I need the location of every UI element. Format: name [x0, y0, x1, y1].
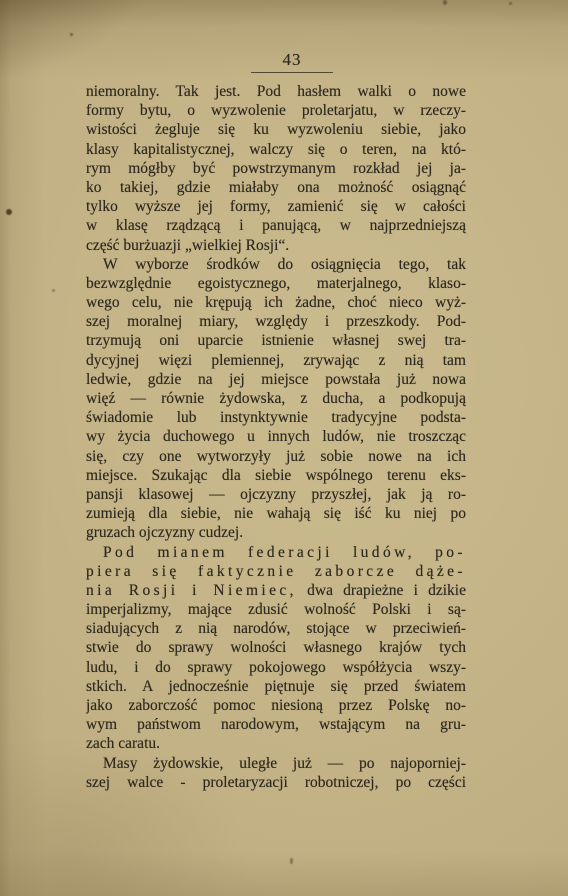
text-segment: dwa drapieżne i dzikie — [297, 582, 466, 599]
text-segment: szej walce - proletaryzacji robotniczej,… — [86, 774, 466, 791]
page-number: 43 — [247, 50, 337, 70]
text-segment: wy życia duchowego u innych ludów, nie t… — [86, 428, 466, 445]
text-line: tylko wyższe jej formy, zamienić się w c… — [86, 197, 466, 216]
text-line: się, czy one wytworzyły już sobie nowe n… — [86, 447, 466, 466]
text-segment: wego celu, nie krępują ich żadne, choć n… — [86, 294, 466, 311]
emphasized-spaced-text: Pod mianem federacji ludów, po- — [103, 544, 466, 561]
text-segment: miejsce. Szukając dla siebie wspólnego t… — [86, 467, 466, 484]
text-segment: więź — równie żydowska, z ducha, a podko… — [86, 390, 466, 407]
paragraph: Pod mianem federacji ludów, po-piera się… — [86, 543, 466, 754]
text-line: szej moralnej miary, względy i przeszkod… — [86, 312, 466, 331]
text-line: wistości żegluje się ku wyzwoleniu siebi… — [86, 120, 466, 139]
text-segment: klasy kapitalistycznej, walczy się o ter… — [86, 141, 466, 158]
text-segment: zumieją dla siebie, nie wahają się iść k… — [86, 505, 466, 522]
page-header: 43 — [247, 50, 337, 70]
text-line: formy bytu, o wyzwolenie proletarjatu, w… — [86, 101, 466, 120]
text-segment: gruzach ojczyzny cudzej. — [86, 524, 243, 541]
text-segment: dycyjnej więzi plemiennej, zrywając z ni… — [86, 352, 466, 369]
text-segment: się, czy one wytworzyły już sobie nowe n… — [86, 448, 466, 465]
text-segment: Masy żydowskie, uległe już — po najoporn… — [103, 755, 466, 772]
text-segment: ledwie, gdzie na jej miejsce powstała ju… — [86, 371, 466, 388]
text-line: piera się faktycznie zaborcze dąże- — [86, 562, 466, 581]
text-line: wy życia duchowego u innych ludów, nie t… — [86, 427, 466, 446]
text-line: jako zaborczość pomoc niesioną przez Pol… — [86, 696, 466, 715]
paper-speck — [509, 2, 512, 5]
paragraph: Masy żydowskie, uległe już — po najoporn… — [86, 754, 466, 792]
text-segment: część burżuazji „wielkiej Rosji“. — [86, 237, 289, 254]
paper-speck — [70, 33, 73, 36]
text-block: niemoralny. Tak jest. Pod hasłem walki o… — [86, 82, 466, 792]
paper-speck — [6, 209, 12, 215]
text-line: zumieją dla siebie, nie wahają się iść k… — [86, 504, 466, 523]
text-line: rym mógłby być powstrzymanym rozkład jej… — [86, 159, 466, 178]
text-segment: wistości żegluje się ku wyzwoleniu siebi… — [86, 121, 466, 138]
text-line: gruzach ojczyzny cudzej. — [86, 523, 466, 542]
text-segment: ko takiej, gdzie miałaby ona możność osi… — [86, 179, 466, 196]
text-line: Pod mianem federacji ludów, po- — [86, 543, 466, 562]
text-segment: W wyborze środków do osiągnięcia tego, t… — [103, 256, 466, 273]
text-line: niemoralny. Tak jest. Pod hasłem walki o… — [86, 82, 466, 101]
text-line: pansji klasowej — ojczyzny przyszłej, ja… — [86, 485, 466, 504]
text-line: ko takiej, gdzie miałaby ona możność osi… — [86, 178, 466, 197]
text-segment: niemoralny. Tak jest. Pod hasłem walki o… — [86, 83, 466, 100]
text-segment: stkich. A jednocześnie piętnuje się prze… — [86, 678, 466, 695]
text-segment: siadujących z nią narodów, stojące w prz… — [86, 620, 466, 637]
text-segment: jako zaborczość pomoc niesioną przez Pol… — [86, 697, 466, 714]
text-line: nia Rosji i Niemiec, dwa drapieżne i dzi… — [86, 581, 466, 600]
text-segment: formy bytu, o wyzwolenie proletarjatu, w… — [86, 102, 466, 119]
text-segment: wym państwom narodowym, wstającym na gru… — [86, 716, 466, 733]
page-number-underline — [251, 72, 333, 73]
text-segment: stwie do sprawy wolności własnego krajów… — [86, 639, 466, 656]
text-segment: świadomie lub instynktywnie tradycyjne p… — [86, 409, 466, 426]
text-line: w klasę rządzącą i panującą, w najprzedn… — [86, 216, 466, 235]
text-line: trzymują oni uparcie istnienie własnej s… — [86, 331, 466, 350]
text-segment: pansji klasowej — ojczyzny przyszłej, ja… — [86, 486, 466, 503]
text-segment: trzymują oni uparcie istnienie własnej s… — [86, 332, 466, 349]
paper-speck — [443, 0, 447, 5]
book-page: 43 niemoralny. Tak jest. Pod hasłem walk… — [0, 0, 568, 896]
text-line: zach caratu. — [86, 734, 466, 753]
paragraph: niemoralny. Tak jest. Pod hasłem walki o… — [86, 82, 466, 255]
text-segment: tylko wyższe jej formy, zamienić się w c… — [86, 198, 466, 215]
text-line: dycyjnej więzi plemiennej, zrywając z ni… — [86, 351, 466, 370]
text-line: bezwzględnie egoistycznego, materjalnego… — [86, 274, 466, 293]
text-line: W wyborze środków do osiągnięcia tego, t… — [86, 255, 466, 274]
text-segment: szej moralnej miary, względy i przeszkod… — [86, 313, 466, 330]
paper-speck — [290, 858, 293, 864]
text-line: klasy kapitalistycznej, walczy się o ter… — [86, 140, 466, 159]
text-segment: imperjalizmy, mające zdusić wolność Pols… — [86, 601, 466, 618]
paper-speck — [52, 289, 55, 292]
text-line: ledwie, gdzie na jej miejsce powstała ju… — [86, 370, 466, 389]
text-line: wym państwom narodowym, wstającym na gru… — [86, 715, 466, 734]
text-line: więź — równie żydowska, z ducha, a podko… — [86, 389, 466, 408]
text-line: miejsce. Szukając dla siebie wspólnego t… — [86, 466, 466, 485]
paragraph: W wyborze środków do osiągnięcia tego, t… — [86, 255, 466, 543]
text-line: imperjalizmy, mające zdusić wolność Pols… — [86, 600, 466, 619]
text-line: siadujących z nią narodów, stojące w prz… — [86, 619, 466, 638]
text-segment: rym mógłby być powstrzymanym rozkład jej… — [86, 160, 466, 177]
text-line: stkich. A jednocześnie piętnuje się prze… — [86, 677, 466, 696]
emphasized-spaced-text: piera się faktycznie zaborcze dąże- — [86, 563, 466, 580]
text-segment: w klasę rządzącą i panującą, w najprzedn… — [86, 217, 466, 234]
text-line: część burżuazji „wielkiej Rosji“. — [86, 236, 466, 255]
text-line: Masy żydowskie, uległe już — po najoporn… — [86, 754, 466, 773]
text-line: wego celu, nie krępują ich żadne, choć n… — [86, 293, 466, 312]
text-line: szej walce - proletaryzacji robotniczej,… — [86, 773, 466, 792]
text-line: stwie do sprawy wolności własnego krajów… — [86, 638, 466, 657]
text-segment: ludu, i do sprawy pokojowego współżycia … — [86, 659, 466, 676]
text-line: świadomie lub instynktywnie tradycyjne p… — [86, 408, 466, 427]
emphasized-spaced-text: nia Rosji i Niemiec, — [86, 582, 297, 599]
text-line: ludu, i do sprawy pokojowego współżycia … — [86, 658, 466, 677]
text-segment: zach caratu. — [86, 735, 160, 752]
text-segment: bezwzględnie egoistycznego, materjalnego… — [86, 275, 466, 292]
